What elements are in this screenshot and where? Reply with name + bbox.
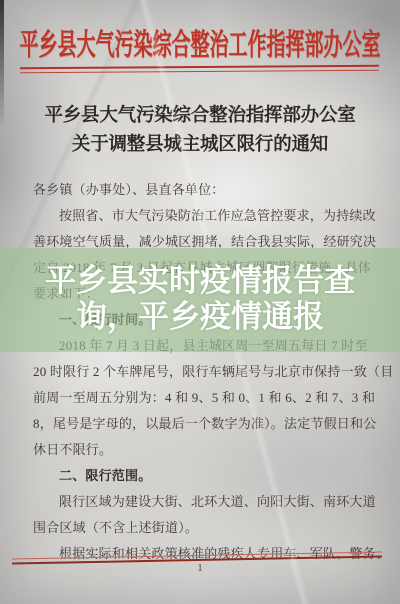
document-photo: 平乡县大气污染综合整治工作指挥部办公室 平乡县大气污染综合整治指挥部办公室 关于…	[0, 0, 400, 604]
letterhead-org-name: 平乡县大气污染综合整治工作指挥部办公室	[0, 22, 400, 64]
body-line: 20 时限行 2 个车牌尾号，限行车辆尾号与北京市保持一致（目	[33, 359, 372, 385]
salutation-line: 各乡镇（办事处）、县直各单位：	[33, 177, 372, 203]
letterhead-red-rule	[20, 65, 379, 74]
document-title-line1: 平乡县大气污染综合整治指挥部办公室	[0, 102, 400, 131]
section-heading-2: 二、限行范围。	[33, 463, 372, 489]
caption-line2: 询，平乡疫情通报	[0, 299, 400, 335]
body-line: 前周一至周五分别为：4 和 9、5 和 0、1 和 6、2 和 7、3 和	[33, 385, 372, 411]
caption-line1: 平乡县实时疫情报告查	[0, 263, 400, 299]
body-line: 按照省、市大气污染防治工作应急管控要求，为持续改	[33, 203, 372, 229]
page-number: 1	[0, 563, 400, 574]
document-body: 各乡镇（办事处）、县直各单位： 按照省、市大气污染防治工作应急管控要求，为持续改…	[33, 177, 372, 567]
body-line: 8，尾号是字母的，以最后一个数字为准）。法定节假日和公	[33, 411, 372, 437]
document-title-line2: 关于调整县城主城区限行的通知	[0, 131, 400, 160]
document-title: 平乡县大气污染综合整治指挥部办公室 关于调整县城主城区限行的通知	[0, 102, 400, 160]
photo-edge-shadow	[0, 0, 4, 130]
caption-overlay-title: 平乡县实时疫情报告查 询，平乡疫情通报	[0, 263, 400, 335]
body-line: 限行区域为建设大街、北环大道、向阳大街、南环大道	[33, 489, 372, 515]
body-line: 休日不限行。	[33, 437, 372, 463]
body-line: 围合区域（不含上述街道）。	[33, 515, 372, 541]
